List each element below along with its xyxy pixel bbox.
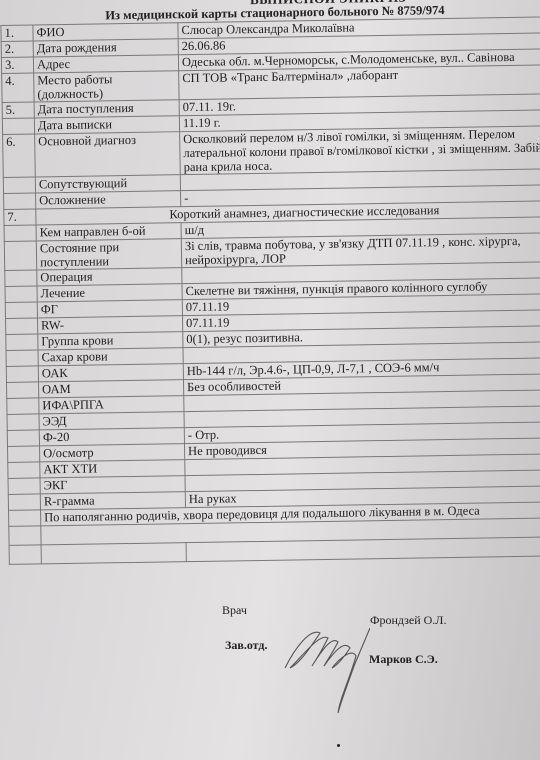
ink-dot [337, 744, 340, 747]
row-number: 5. [2, 102, 34, 119]
head-of-department-label: Зав.отд. [225, 638, 267, 653]
row-number-empty [6, 366, 38, 383]
row-number [4, 193, 36, 210]
row-label: Основной диагноз [35, 132, 181, 177]
head-of-department-name: Марков С.Э. [369, 652, 438, 667]
doctor-label: Врач [222, 603, 247, 618]
empty-cell [41, 543, 186, 564]
row-number-empty [7, 430, 39, 447]
row-number-empty [8, 462, 40, 479]
row-number: 4. [2, 73, 34, 102]
row-number [3, 177, 35, 194]
row-label: Место работы (должность) [34, 71, 179, 102]
row-number-empty [8, 478, 40, 495]
row-number-empty [7, 398, 39, 415]
discharge-summary-sheet: ВЫПИСНОЙ ЭПИКРИЗ Из медицинской карты ст… [0, 0, 540, 600]
row-number-empty [4, 241, 36, 270]
doctor-name: Фрондзей О.Л. [370, 613, 446, 628]
row-number-empty [8, 494, 40, 511]
row-number [2, 118, 34, 135]
row-number-empty [9, 545, 41, 565]
row-number-empty [6, 318, 38, 335]
row-number-empty [9, 526, 41, 546]
row-number-empty [7, 414, 39, 431]
row-number-empty [9, 510, 41, 527]
row-number: 2. [1, 41, 33, 58]
handwritten-signature-icon [280, 618, 370, 728]
row-number-empty [5, 270, 37, 287]
row-number-empty [4, 225, 36, 242]
row-number-empty [8, 446, 40, 463]
row-number: 7. [4, 209, 36, 226]
patient-info-table: 1.ФИОСлюсар Олександра Миколаївна2.Дата … [0, 16, 540, 565]
row-number: 1. [1, 25, 33, 42]
row-number-empty [5, 302, 37, 319]
row-number-empty [7, 382, 39, 399]
row-number: 3. [1, 57, 33, 74]
row-value: Осколковий перелом н/3 лівої гомілки, зі… [180, 126, 540, 175]
row-number-empty [6, 334, 38, 351]
row-number-empty [5, 286, 37, 303]
row-number: 6. [3, 134, 36, 177]
row-label: Состояние при поступлении [36, 239, 181, 270]
row-number-empty [6, 350, 38, 367]
